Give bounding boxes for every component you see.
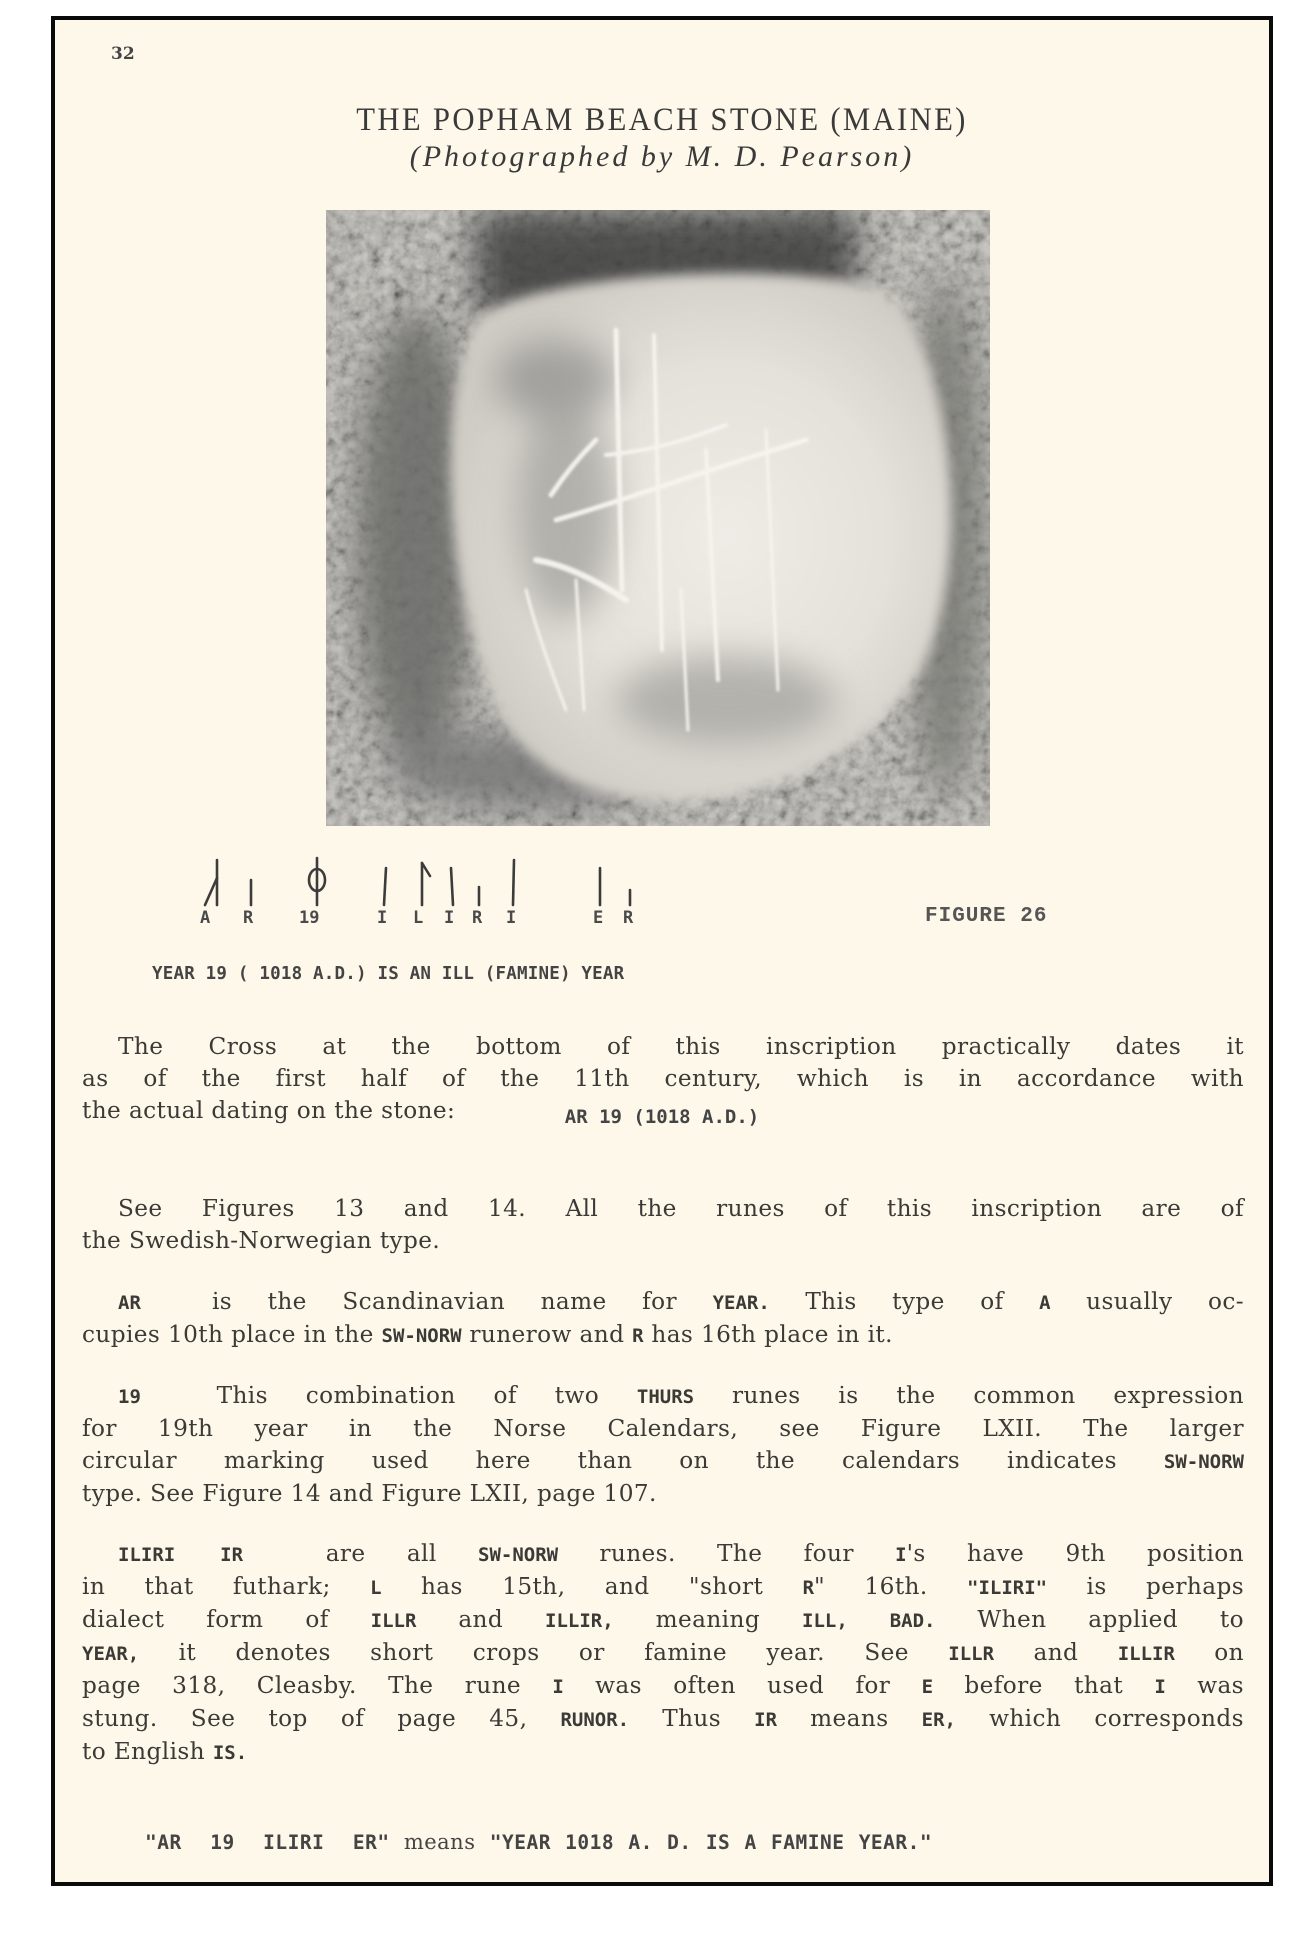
rune-a-icon xyxy=(205,860,217,905)
text-run: has 16th place in it. xyxy=(651,1321,893,1348)
text-run: on xyxy=(1214,1639,1244,1666)
text-run: usually oc- xyxy=(1086,1288,1244,1315)
rune-label: R xyxy=(243,908,253,928)
text-line: in that futhark; L has 15th, and "short … xyxy=(82,1571,1244,1604)
keyword: ER, xyxy=(922,1709,956,1731)
text-run: was often used for xyxy=(595,1672,890,1699)
keyword: THURS xyxy=(637,1386,694,1408)
text-run: Thus xyxy=(662,1705,721,1732)
text-run: 's have 9th position xyxy=(907,1540,1244,1567)
keyword: I xyxy=(1154,1676,1165,1698)
page-title: THE POPHAM BEACH STONE (MAINE) xyxy=(97,102,1226,139)
keyword: 19 xyxy=(118,1386,141,1408)
keyword: ILLIR, xyxy=(545,1610,614,1632)
keyword: ILL, xyxy=(802,1610,848,1632)
rune-label: A xyxy=(200,908,210,928)
keyword: R xyxy=(803,1577,814,1599)
paragraph-rune-type: See Figures 13 and 14. All the runes of … xyxy=(82,1193,1244,1257)
text-run: is perhaps xyxy=(1087,1573,1244,1600)
rune-l-icon xyxy=(422,863,430,905)
page-number: 32 xyxy=(111,44,135,64)
text-line: circular marking used here than on the c… xyxy=(82,1445,1244,1478)
text-line: for 19th year in the Norse Calendars, se… xyxy=(82,1413,1244,1445)
rune-label: I xyxy=(506,908,516,928)
rune-label: L xyxy=(413,908,423,928)
text-run: " 16th. xyxy=(814,1573,928,1600)
figure-caption: YEAR 19 ( 1018 A.D.) IS AN ILL (FAMINE) … xyxy=(152,964,624,984)
rune-label: 19 xyxy=(299,908,319,928)
figure-label: FIGURE 26 xyxy=(925,905,1047,928)
text-line: dialect form of ILLR and ILLIR, meaning … xyxy=(82,1604,1244,1637)
text-run: are all xyxy=(326,1540,437,1567)
conclusion-line: "AR 19 ILIRI ER" means "YEAR 1018 A. D. … xyxy=(145,1830,932,1854)
translation: "YEAR 1018 A. D. IS A FAMINE YEAR." xyxy=(490,1831,932,1854)
dating-formula: AR 19 (1018 A.D.) xyxy=(55,1106,1269,1128)
keyword: SW-NORW xyxy=(1164,1451,1244,1473)
book-page: 32 THE POPHAM BEACH STONE (MAINE) (Photo… xyxy=(51,16,1273,1886)
keyword: E xyxy=(922,1676,933,1698)
paragraph-iliri: ILIRI IR are all SW-NORW runes. The four… xyxy=(82,1538,1244,1769)
text-run: means xyxy=(404,1830,476,1854)
rune-19-icon xyxy=(309,858,325,905)
text-line: page 318, Cleasby. The rune I was often … xyxy=(82,1670,1244,1703)
text-run: which corresponds xyxy=(989,1705,1244,1732)
keyword: YEAR. xyxy=(713,1292,770,1314)
text-run: and xyxy=(1033,1639,1078,1666)
text-line: ILIRI IR are all SW-NORW runes. The four… xyxy=(82,1538,1244,1571)
keyword: SW-NORW xyxy=(382,1325,462,1347)
text-run: stung. See top of page 45, xyxy=(82,1705,527,1732)
text-run: This type of xyxy=(805,1288,1003,1315)
text-run: runerow and xyxy=(469,1321,624,1348)
text-run: meaning xyxy=(656,1606,760,1633)
text-run: before that xyxy=(964,1672,1123,1699)
text-run: it denotes short crops or famine year. S… xyxy=(179,1639,909,1666)
text-line: 19 This combination of two THURS runes i… xyxy=(82,1380,1244,1413)
text-run: page 318, Cleasby. The rune xyxy=(82,1672,521,1699)
keyword: ILLR xyxy=(371,1610,417,1632)
rune-label: I xyxy=(377,908,387,928)
rune-reading: "AR 19 ILIRI ER" xyxy=(145,1831,390,1854)
rune-label: R xyxy=(623,908,633,928)
text-run: means xyxy=(810,1705,888,1732)
keyword: A xyxy=(1039,1292,1050,1314)
text-run: When applied to xyxy=(977,1606,1244,1633)
keyword: "ILIRI" xyxy=(967,1577,1047,1599)
text-run: in that futhark; xyxy=(82,1573,331,1600)
text-run: cupies 10th place in the xyxy=(82,1321,374,1348)
text-run: runes is the common expression xyxy=(732,1382,1244,1409)
text-line: stung. See top of page 45, RUNOR. Thus I… xyxy=(82,1703,1244,1736)
text-run: This combination of two xyxy=(217,1382,600,1409)
keyword: ILLIR xyxy=(1118,1643,1175,1665)
rune-label: E xyxy=(593,908,603,928)
text-run: runes. The four xyxy=(599,1540,853,1567)
keyword: R xyxy=(632,1325,643,1347)
keyword: BAD. xyxy=(890,1610,936,1632)
text-line: to English IS. xyxy=(82,1736,1244,1769)
text-run: dialect form of xyxy=(82,1606,329,1633)
keyword: I xyxy=(552,1676,563,1698)
text-run: is the Scandinavian name for xyxy=(212,1288,677,1315)
stone-photograph xyxy=(326,210,990,826)
text-line: YEAR, it denotes short crops or famine y… xyxy=(82,1637,1244,1670)
text-line: See Figures 13 and 14. All the runes of … xyxy=(82,1193,1244,1225)
text-run: circular marking used here than on the c… xyxy=(82,1447,1117,1474)
keyword: I xyxy=(895,1544,906,1566)
rune-i-icon xyxy=(384,868,386,905)
text-line: The Cross at the bottom of this inscript… xyxy=(82,1031,1244,1063)
text-run: was xyxy=(1197,1672,1244,1699)
text-line: the Swedish-Norwegian type. xyxy=(82,1225,1244,1257)
keyword: IR xyxy=(754,1709,777,1731)
text-line: AR is the Scandinavian name for YEAR. Th… xyxy=(82,1286,1244,1319)
keyword: SW-NORW xyxy=(478,1544,558,1566)
keyword: AR xyxy=(118,1292,141,1314)
rune-label: I xyxy=(444,908,454,928)
text-line: cupies 10th place in the SW-NORW runerow… xyxy=(82,1319,1244,1352)
keyword: ILLR xyxy=(948,1643,994,1665)
rune-i-icon xyxy=(451,868,453,905)
keyword: L xyxy=(370,1577,381,1599)
rune-label: R xyxy=(472,908,482,928)
photo-credit: (Photographed by M. D. Pearson) xyxy=(55,140,1269,174)
paragraph-19: 19 This combination of two THURS runes i… xyxy=(82,1380,1244,1510)
text-run: to English xyxy=(82,1738,205,1765)
keyword: ILIRI IR xyxy=(118,1544,243,1566)
keyword: RUNOR. xyxy=(560,1709,629,1731)
text-run: and xyxy=(458,1606,503,1633)
rune-i-icon xyxy=(513,860,514,905)
text-line: type. See Figure 14 and Figure LXII, pag… xyxy=(82,1478,1244,1510)
keyword: IS. xyxy=(213,1742,247,1764)
text-line: as of the first half of the 11th century… xyxy=(82,1063,1244,1095)
text-run: has 15th, and "short xyxy=(421,1573,763,1600)
paragraph-ar: AR is the Scandinavian name for YEAR. Th… xyxy=(82,1286,1244,1352)
keyword: YEAR, xyxy=(82,1643,139,1665)
